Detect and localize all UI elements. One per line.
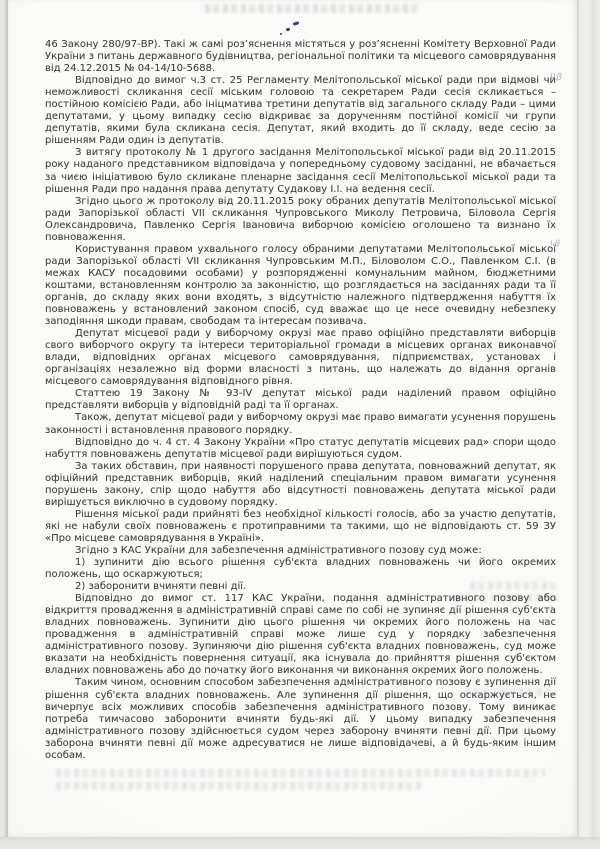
bleed-through-text (56, 782, 421, 790)
bleed-through-text (56, 769, 545, 777)
paper-edge-left (0, 0, 8, 849)
ink-mark (280, 33, 282, 35)
paragraph: Відповідно до вимог ч.3 ст. 25 Регламент… (45, 75, 556, 147)
paragraph: Рішення міської ради прийняті без необхі… (45, 509, 556, 545)
document-body: 46 Закону 280/97-ВР). Такі ж самі роз’яс… (45, 39, 556, 762)
paper-edge-bottom (0, 837, 600, 849)
paragraph: З витягу протоколу № 1 другого засідання… (45, 147, 556, 195)
paragraph: Депутат місцевої ради у виборчому окрузі… (45, 328, 556, 388)
paragraph: 2) заборонити вчиняти певні дії. (45, 581, 556, 593)
paragraph: 1) зупинити дію всього рішення суб'єкта … (45, 557, 556, 581)
paragraph: Згідно з КАС України для забезпечення ад… (45, 545, 556, 557)
paragraph: Також, депутат місцевої ради у виборчому… (45, 412, 556, 436)
paragraph: 46 Закону 280/97-ВР). Такі ж самі роз’яс… (45, 39, 556, 75)
paragraph: Згідно цього ж протоколу від 20.11.2015 … (45, 196, 556, 244)
scanned-page: { "page": { "kind": "scanned Ukrainian c… (0, 0, 600, 849)
paragraph: Відповідно до вимог ст. 117 КАС України,… (45, 593, 556, 677)
paragraph: Статтею 19 Закону № 93-IV депутат місько… (45, 388, 556, 412)
paragraph: Користування правом ухвального голосу об… (45, 244, 556, 328)
paragraph: За таких обставин, при наявності порушен… (45, 461, 556, 509)
paragraph: Таким чином, основним способом забезпече… (45, 677, 556, 761)
paper-fold-right (577, 0, 600, 849)
bleed-through-text (205, 4, 420, 13)
paragraph: Відповідно до ч. 4 ст. 4 Закону України … (45, 437, 556, 461)
